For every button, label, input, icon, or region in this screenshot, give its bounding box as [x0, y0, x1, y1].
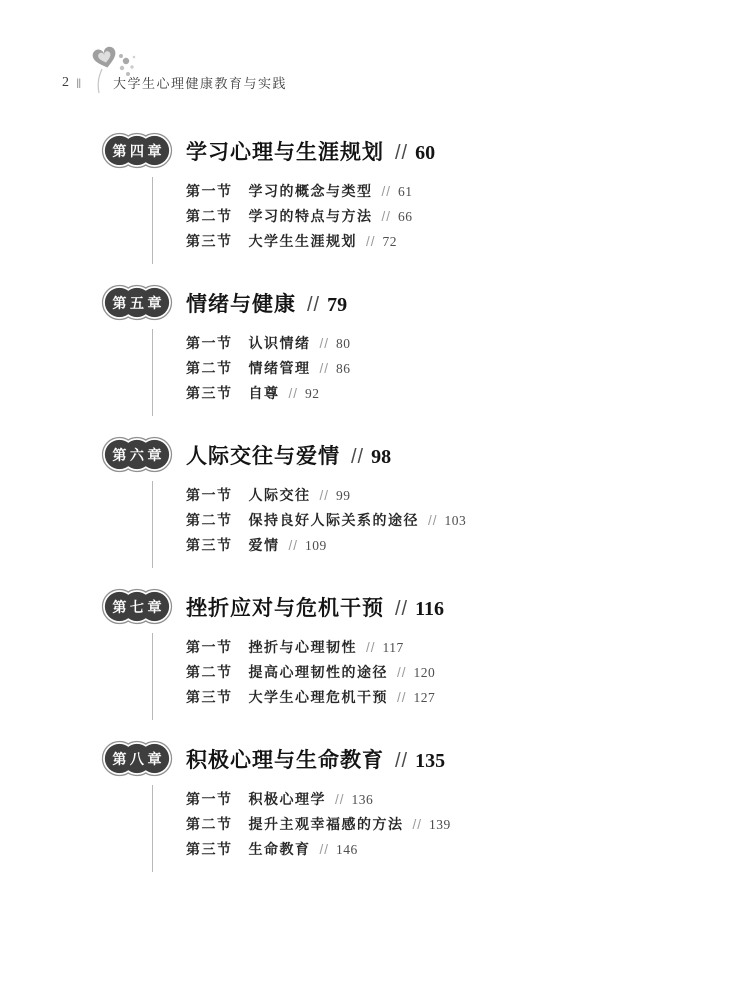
chapter-badge-icon: 第四章 — [100, 132, 174, 169]
section-title: 情绪管理 — [249, 356, 311, 381]
svg-text:四: 四 — [130, 143, 144, 159]
section-page-number: 146 — [336, 837, 358, 862]
toc-section-row: 第三节 爱情 // 109 — [186, 533, 710, 558]
section-page-number: 109 — [305, 533, 327, 558]
toc-section-row: 第一节 学习的概念与类型 // 61 — [186, 179, 710, 204]
svg-text:八: 八 — [130, 751, 145, 767]
section-list: 第一节 认识情绪 // 80 第二节 情绪管理 // 86 第三节 自尊 // … — [152, 329, 710, 416]
section-page-number: 120 — [414, 660, 436, 685]
section-page-number: 66 — [398, 204, 413, 229]
section-double-slash: // — [397, 660, 407, 685]
chapter-header: 第五章 情绪与健康 // 79 — [100, 284, 710, 321]
section-double-slash: // — [320, 837, 330, 862]
section-page-number: 117 — [383, 635, 404, 660]
section-title: 挫折与心理韧性 — [249, 635, 358, 660]
section-list: 第一节 积极心理学 // 136 第二节 提升主观幸福感的方法 // 139 第… — [152, 785, 710, 872]
chapter-title: 人际交往与爱情 // 98 — [186, 440, 391, 470]
section-label: 第二节 — [186, 812, 233, 837]
section-page-number: 80 — [336, 331, 351, 356]
svg-text:章: 章 — [147, 295, 161, 311]
chapter-block: 第四章 学习心理与生涯规划 // 60 第一节 学习的概念与类型 // 61 第… — [100, 132, 710, 264]
svg-text:七: 七 — [130, 599, 144, 615]
toc-section-row: 第三节 大学生心理危机干预 // 127 — [186, 685, 710, 710]
header-separator-bars: ‖ — [76, 76, 81, 91]
section-double-slash: // — [413, 812, 423, 837]
section-label: 第三节 — [186, 381, 233, 406]
running-head: 2 ‖ 大学生心理健康教育与实践 — [62, 46, 482, 98]
toc-section-row: 第二节 提高心理韧性的途径 // 120 — [186, 660, 710, 685]
chapter-page-number: 60 — [415, 142, 435, 165]
page-number: 2 — [62, 75, 69, 91]
section-label: 第一节 — [186, 787, 233, 812]
section-page-number: 61 — [398, 179, 413, 204]
section-label: 第一节 — [186, 179, 233, 204]
section-double-slash: // — [428, 508, 438, 533]
section-label: 第二节 — [186, 356, 233, 381]
section-title: 提高心理韧性的途径 — [249, 660, 389, 685]
section-title: 大学生生涯规划 — [249, 229, 358, 254]
svg-text:第: 第 — [112, 143, 126, 159]
toc-section-row: 第一节 挫折与心理韧性 // 117 — [186, 635, 710, 660]
book-title: 大学生心理健康教育与实践 — [113, 73, 287, 92]
section-page-number: 72 — [383, 229, 398, 254]
section-title: 自尊 — [249, 381, 280, 406]
section-page-number: 99 — [336, 483, 351, 508]
chapter-title: 学习心理与生涯规划 // 60 — [186, 136, 435, 166]
toc-section-row: 第一节 认识情绪 // 80 — [186, 331, 710, 356]
section-list: 第一节 学习的概念与类型 // 61 第二节 学习的特点与方法 // 66 第三… — [152, 177, 710, 264]
svg-text:五: 五 — [130, 295, 144, 311]
chapter-badge-icon: 第六章 — [100, 436, 174, 473]
section-title: 学习的特点与方法 — [249, 204, 373, 229]
svg-text:第: 第 — [112, 447, 126, 463]
section-double-slash: // — [320, 356, 330, 381]
chapter-header: 第七章 挫折应对与危机干预 // 116 — [100, 588, 710, 625]
section-double-slash: // — [289, 381, 299, 406]
chapter-page-number: 116 — [415, 598, 444, 621]
section-label: 第一节 — [186, 331, 233, 356]
section-page-number: 127 — [414, 685, 436, 710]
chapter-title-text: 人际交往与爱情 — [186, 440, 340, 470]
chapter-badge-icon: 第五章 — [100, 284, 174, 321]
toc-section-row: 第三节 生命教育 // 146 — [186, 837, 710, 862]
section-title: 保持良好人际关系的途径 — [249, 508, 420, 533]
section-double-slash: // — [320, 483, 330, 508]
toc-section-row: 第二节 保持良好人际关系的途径 // 103 — [186, 508, 710, 533]
svg-text:第: 第 — [112, 295, 126, 311]
svg-text:第: 第 — [112, 599, 126, 615]
section-title: 大学生心理危机干预 — [249, 685, 389, 710]
chapter-double-slash: // — [395, 750, 408, 773]
section-label: 第二节 — [186, 660, 233, 685]
chapter-page-number: 79 — [327, 294, 347, 317]
section-label: 第一节 — [186, 483, 233, 508]
chapter-title-text: 情绪与健康 — [186, 288, 296, 318]
section-label: 第三节 — [186, 229, 233, 254]
chapter-header: 第六章 人际交往与爱情 // 98 — [100, 436, 710, 473]
toc-section-row: 第二节 情绪管理 // 86 — [186, 356, 710, 381]
section-double-slash: // — [382, 179, 392, 204]
chapter-title: 情绪与健康 // 79 — [186, 288, 347, 318]
section-list: 第一节 挫折与心理韧性 // 117 第二节 提高心理韧性的途径 // 120 … — [152, 633, 710, 720]
chapter-title-text: 挫折应对与危机干预 — [186, 592, 384, 622]
section-double-slash: // — [289, 533, 299, 558]
section-label: 第三节 — [186, 837, 233, 862]
svg-text:章: 章 — [147, 447, 161, 463]
section-title: 提升主观幸福感的方法 — [249, 812, 404, 837]
section-page-number: 139 — [429, 812, 451, 837]
svg-text:章: 章 — [147, 143, 161, 159]
toc-section-row: 第二节 提升主观幸福感的方法 // 139 — [186, 812, 710, 837]
toc: 第四章 学习心理与生涯规划 // 60 第一节 学习的概念与类型 // 61 第… — [100, 132, 710, 892]
chapter-title: 积极心理与生命教育 // 135 — [186, 744, 445, 774]
section-label: 第三节 — [186, 533, 233, 558]
section-double-slash: // — [397, 685, 407, 710]
section-title: 学习的概念与类型 — [249, 179, 373, 204]
svg-text:第: 第 — [112, 751, 126, 767]
chapter-block: 第八章 积极心理与生命教育 // 135 第一节 积极心理学 // 136 第二… — [100, 740, 710, 872]
svg-text:章: 章 — [147, 599, 161, 615]
toc-section-row: 第一节 人际交往 // 99 — [186, 483, 710, 508]
chapter-badge-icon: 第八章 — [100, 740, 174, 777]
toc-section-row: 第三节 自尊 // 92 — [186, 381, 710, 406]
section-title: 爱情 — [249, 533, 280, 558]
chapter-page-number: 135 — [415, 750, 445, 773]
chapter-double-slash: // — [395, 598, 408, 621]
chapter-title: 挫折应对与危机干预 // 116 — [186, 592, 444, 622]
balloon-string — [98, 69, 102, 93]
chapter-block: 第七章 挫折应对与危机干预 // 116 第一节 挫折与心理韧性 // 117 … — [100, 588, 710, 720]
chapter-block: 第五章 情绪与健康 // 79 第一节 认识情绪 // 80 第二节 情绪管理 … — [100, 284, 710, 416]
section-page-number: 136 — [352, 787, 374, 812]
section-label: 第一节 — [186, 635, 233, 660]
section-title: 认识情绪 — [249, 331, 311, 356]
section-label: 第三节 — [186, 685, 233, 710]
chapter-block: 第六章 人际交往与爱情 // 98 第一节 人际交往 // 99 第二节 保持良… — [100, 436, 710, 568]
section-page-number: 103 — [445, 508, 467, 533]
toc-section-row: 第三节 大学生生涯规划 // 72 — [186, 229, 710, 254]
section-title: 积极心理学 — [249, 787, 327, 812]
section-page-number: 92 — [305, 381, 320, 406]
chapter-title-text: 积极心理与生命教育 — [186, 744, 384, 774]
section-label: 第二节 — [186, 204, 233, 229]
section-list: 第一节 人际交往 // 99 第二节 保持良好人际关系的途径 // 103 第三… — [152, 481, 710, 568]
section-double-slash: // — [335, 787, 345, 812]
chapter-page-number: 98 — [371, 446, 391, 469]
chapter-header: 第四章 学习心理与生涯规划 // 60 — [100, 132, 710, 169]
section-page-number: 86 — [336, 356, 351, 381]
svg-text:章: 章 — [147, 751, 161, 767]
chapter-title-text: 学习心理与生涯规划 — [186, 136, 384, 166]
chapter-double-slash: // — [395, 142, 408, 165]
chapter-double-slash: // — [351, 446, 364, 469]
section-label: 第二节 — [186, 508, 233, 533]
chapter-double-slash: // — [307, 294, 320, 317]
svg-text:六: 六 — [130, 447, 145, 463]
section-double-slash: // — [320, 331, 330, 356]
toc-section-row: 第二节 学习的特点与方法 // 66 — [186, 204, 710, 229]
section-title: 生命教育 — [249, 837, 311, 862]
chapter-header: 第八章 积极心理与生命教育 // 135 — [100, 740, 710, 777]
toc-section-row: 第一节 积极心理学 // 136 — [186, 787, 710, 812]
section-title: 人际交往 — [249, 483, 311, 508]
book-toc-page: 2 ‖ 大学生心理健康教育与实践 第四章 学习心理与生涯规划 // 60 — [0, 0, 750, 1000]
section-double-slash: // — [366, 635, 376, 660]
section-double-slash: // — [366, 229, 376, 254]
section-double-slash: // — [382, 204, 392, 229]
chapter-badge-icon: 第七章 — [100, 588, 174, 625]
